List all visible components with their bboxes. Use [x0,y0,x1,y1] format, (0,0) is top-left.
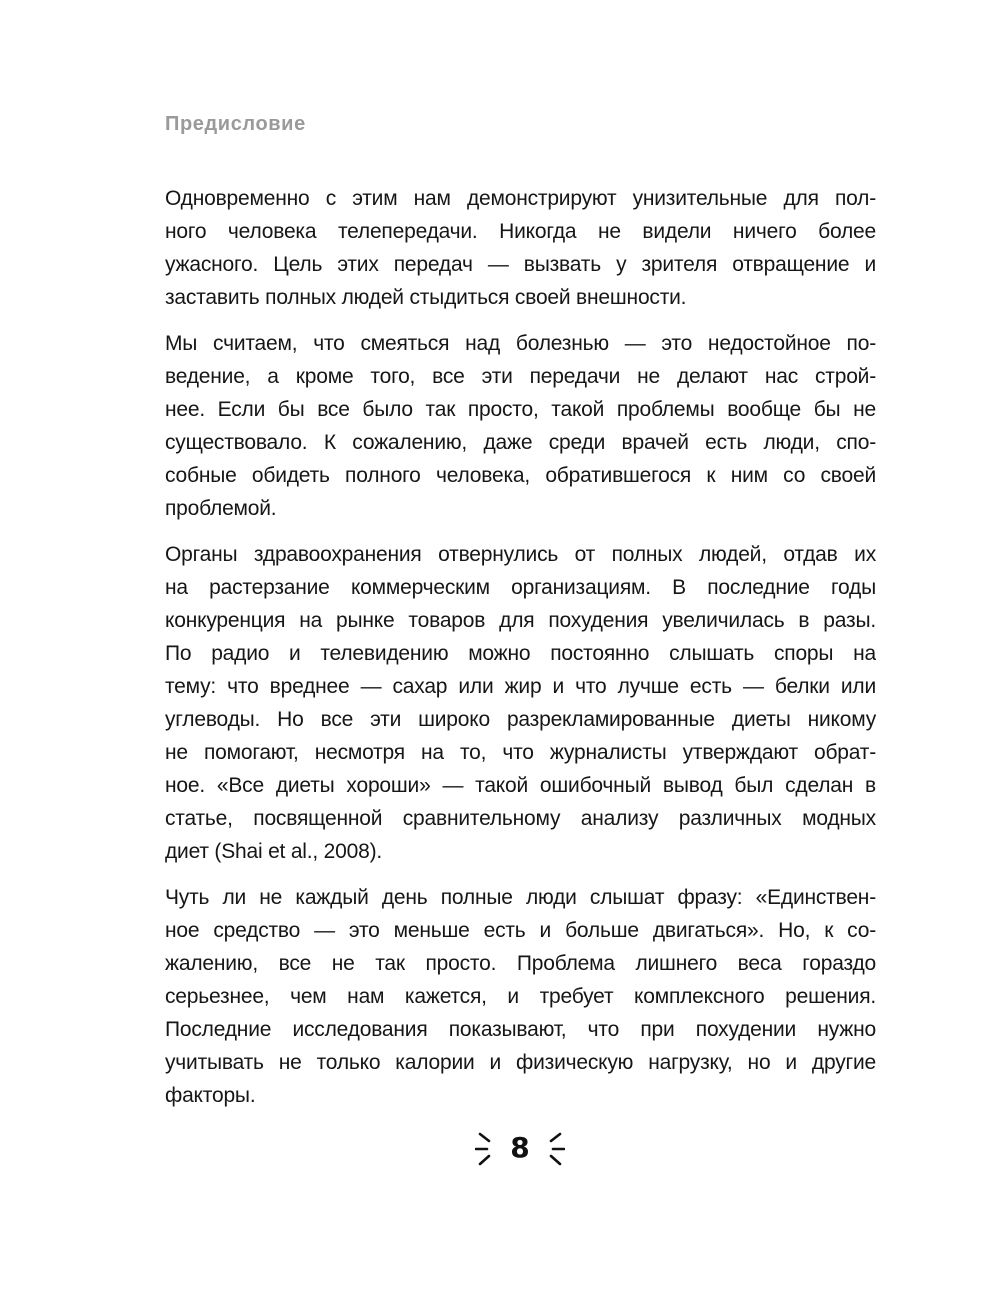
text-line: серьезнее, чем нам кажется, и требует ко… [165,980,876,1013]
paragraph: Мы считаем, что смеяться над болезнью — … [165,327,876,525]
text-line: факторы. [165,1079,876,1112]
chapter-header: Предисловие [165,112,876,136]
text-line: конкуренция на рынке товаров для похуден… [165,604,876,637]
text-line: учитывать не только калории и физическую… [165,1046,876,1079]
book-page: Предисловие Одновременно с этим нам демо… [0,0,986,1299]
text-line: на растерзание коммерческим организациям… [165,571,876,604]
text-line: проблемой. [165,492,876,525]
text-line: тему: что вреднее — сахар или жир и что … [165,670,876,703]
text-line: нее. Если бы все было так просто, такой … [165,393,876,426]
text-line: ведение, а кроме того, все эти передачи … [165,360,876,393]
text-line: собные обидеть полного человека, обратив… [165,459,876,492]
text-line: диет (Shai et al., 2008). [165,835,876,868]
text-line: заставить полных людей стыдиться своей в… [165,281,876,314]
paragraph: Чуть ли не каждый день полные люди слыша… [165,881,876,1112]
text-line: углеводы. Но все эти широко разрекламиро… [165,703,876,736]
text-line: Одновременно с этим нам демонстрируют ун… [165,182,876,215]
text-line: не помогают, несмотря на то, что журнали… [165,736,876,769]
text-line: По радио и телевидению можно постоянно с… [165,637,876,670]
text-line: ужасного. Цель этих передач — вызвать у … [165,248,876,281]
text-line: ного человека телепередачи. Никогда не в… [165,215,876,248]
page-number-ornament: 8 [430,1126,610,1172]
text-line: существовало. К сожалению, даже среди вр… [165,426,876,459]
page-content: Предисловие Одновременно с этим нам демо… [165,112,876,1125]
paragraph: Одновременно с этим нам демонстрируют ун… [165,182,876,314]
sparkle-right-icon [547,1130,565,1168]
text-line: жалению, все не так просто. Проблема лиш… [165,947,876,980]
sparkle-left-icon [475,1130,493,1168]
paragraph: Органы здравоохранения отвернулись от по… [165,538,876,868]
text-line: ное. «Все диеты хороши» — такой ошибочны… [165,769,876,802]
text-line: Органы здравоохранения отвернулись от по… [165,538,876,571]
text-body: Одновременно с этим нам демонстрируют ун… [165,182,876,1112]
text-line: Мы считаем, что смеяться над болезнью — … [165,327,876,360]
text-line: статье, посвященной сравнительному анали… [165,802,876,835]
text-line: Последние исследования показывают, что п… [165,1013,876,1046]
text-line: ное средство — это меньше есть и больше … [165,914,876,947]
page-number: 8 [510,1134,529,1164]
text-line: Чуть ли не каждый день полные люди слыша… [165,881,876,914]
